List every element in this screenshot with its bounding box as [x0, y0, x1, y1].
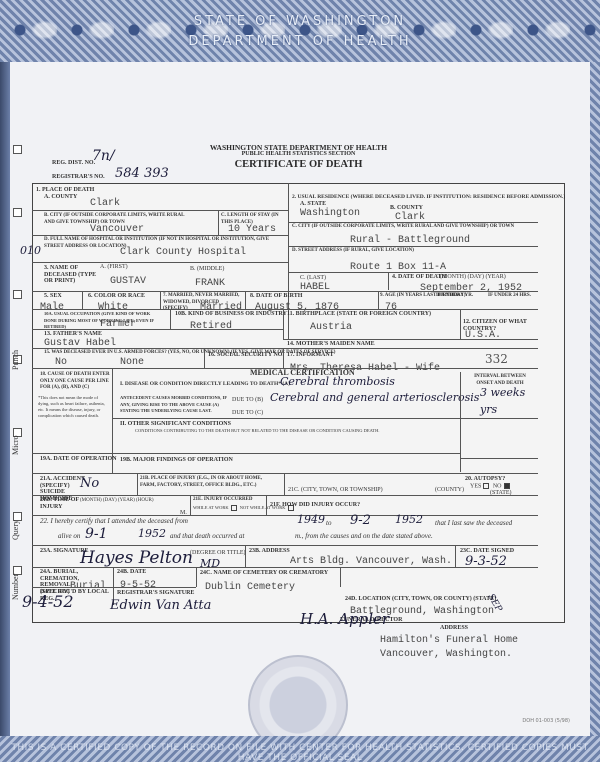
- while-at-work-label: While at work: [193, 505, 229, 510]
- other-conditions-sub: Conditions contributing to the death but…: [135, 428, 379, 435]
- injury-time-label: 21d. TIME OF INJURY: [40, 497, 80, 510]
- injury-occurred-label: 21e. INJURY OCCURRED: [193, 497, 253, 504]
- footer-text: THIS IS A CERTIFIED COPY OF THE RECORD O…: [0, 743, 600, 762]
- divider: [283, 348, 284, 368]
- while-at-work-checkbox[interactable]: [231, 505, 237, 511]
- to-label: to: [326, 520, 331, 527]
- query-label: Query: [11, 520, 20, 540]
- divider: [245, 291, 246, 309]
- divider: [460, 372, 461, 472]
- degree-label: (Degree or title): [190, 550, 246, 557]
- autopsy-yes-label: Yes: [470, 483, 481, 489]
- operation-date-label: 19a. DATE OF OPERATION: [40, 456, 117, 463]
- divider: [82, 291, 83, 309]
- cemetery-label: 24c. NAME OF CEMETERY OR CREMATORY: [200, 570, 328, 577]
- funeral-home-city: Vancouver, Washington.: [380, 649, 512, 660]
- occupation-label: 10a. USUAL OCCUPATION (Give kind of work…: [44, 311, 154, 331]
- certify-line-2-mid: and that death occurred at: [170, 533, 244, 540]
- divider: [455, 545, 456, 567]
- divider: [288, 272, 538, 273]
- physician-signature: Hayes Pelton: [80, 548, 193, 568]
- header-border: STATE OF WASHINGTON DEPARTMENT OF HEALTH: [0, 0, 600, 62]
- informant-note: 332: [485, 352, 508, 366]
- certify-line-1: 22. I hereby certify that I attended the…: [40, 518, 188, 525]
- divider: [137, 473, 138, 495]
- interval-b: yrs: [480, 403, 497, 416]
- cause-of-death-label: 18. CAUSE OF DEATH Enter only one cause …: [40, 372, 110, 392]
- ssn-label: 16. SOCIAL SECURITY NO.: [208, 352, 284, 359]
- city-label: c. CITY (If outside corporate limits, wr…: [292, 224, 514, 231]
- cause-a-label: I. DISEASE OR CONDITION DIRECTLY LEADING…: [120, 381, 290, 388]
- number-label: Number: [11, 574, 20, 600]
- autopsy-no-checkbox[interactable]: [504, 483, 510, 489]
- burial-date-label: 24b. DATE: [117, 569, 146, 576]
- attended-to-date: 9-2: [350, 513, 371, 528]
- county-label: a. COUNTY: [44, 194, 77, 201]
- cause-b: Cerebral and general arteriosclerosis: [270, 391, 479, 404]
- form-number: DOH 01-003 (5/98): [522, 718, 570, 724]
- last-name-label: c. (Last): [300, 275, 326, 282]
- physician-address: Arts Bldg. Vancouver, Wash.: [290, 556, 452, 567]
- divider: [32, 348, 538, 349]
- header-line-2: DEPARTMENT OF HEALTH: [0, 34, 600, 49]
- divider: [32, 210, 288, 211]
- registrar-signature: Edwin Van Atta: [110, 598, 211, 613]
- race-label: 6. COLOR OR RACE: [88, 293, 145, 300]
- divider: [245, 545, 246, 567]
- divider: [112, 368, 113, 453]
- registrar-value: 584 393: [115, 166, 169, 181]
- accident-value: No: [80, 476, 99, 491]
- funeral-director-signature: H.A. Appler: [300, 610, 389, 628]
- alive-date: 9-1: [85, 526, 108, 542]
- divider: [112, 418, 538, 419]
- injury-how-label: 21f. HOW DID INJURY OCCUR?: [270, 502, 360, 509]
- divider: [388, 272, 389, 290]
- divider: [170, 309, 171, 329]
- divider: [32, 545, 538, 546]
- injury-city-label: 21c. (CITY, TOWN, OR TOWNSHIP): [288, 487, 383, 494]
- date-received: 9-4-52: [22, 592, 74, 611]
- due-c-label: Due to (c): [232, 410, 263, 417]
- father-label: 13. FATHER'S NAME: [44, 331, 102, 338]
- attended-from-year: 1949: [297, 513, 325, 526]
- informant-label: 17. INFORMANT: [287, 352, 334, 359]
- divider: [160, 291, 161, 309]
- right-border: [590, 62, 600, 736]
- certify-line-1-end: that I last saw the deceased: [435, 520, 512, 527]
- divider: [218, 210, 219, 235]
- hospital-name: Clark County Hospital: [120, 247, 246, 258]
- birthplace-label: 11. BIRTHPLACE (State or foreign country…: [287, 311, 431, 318]
- certify-line-2-end: m., from the causes and on the date stat…: [295, 533, 433, 540]
- interval-a: 3 weeks: [480, 386, 525, 399]
- birth-date-label: 8. DATE OF BIRTH: [250, 293, 302, 300]
- cemetery-name: Dublin Cemetery: [205, 582, 295, 593]
- birthplace: Austria: [310, 322, 352, 333]
- date-cols: (Month) (Day) (Year): [440, 274, 506, 281]
- reg-dist-value: 7n/: [92, 148, 115, 164]
- divider: [32, 235, 288, 236]
- autopsy-label: 20. AUTOPSY?: [465, 476, 505, 483]
- due-b-label: Due to (b): [232, 397, 263, 404]
- address-label: 23b. ADDRESS: [249, 548, 290, 555]
- antecedent-label: ANTECEDENT CAUSES Morbid conditions, if …: [120, 395, 230, 415]
- residence-city: Rural - Battleground: [350, 235, 470, 246]
- other-conditions-label: II. OTHER SIGNIFICANT CONDITIONS: [120, 421, 231, 428]
- divider: [288, 222, 538, 223]
- armed-forces-value: No: [55, 357, 67, 368]
- service-dates: None: [120, 357, 144, 368]
- punch-label: Punch: [11, 350, 20, 370]
- divider: [288, 246, 538, 247]
- state-label: a. STATE: [300, 201, 326, 208]
- street-label: d. STREET ADDRESS (If rural, give locati…: [292, 248, 414, 255]
- alive-on-label: alive on: [58, 533, 80, 540]
- margin-checkbox[interactable]: [13, 208, 22, 217]
- divider: [204, 348, 205, 368]
- county-label: b. COUNTY: [390, 205, 423, 212]
- divider: [196, 567, 197, 587]
- divider: [32, 473, 538, 474]
- operation-findings-label: 19b. MAJOR FINDINGS OF OPERATION: [120, 457, 233, 464]
- divider: [283, 339, 538, 340]
- divider: [32, 515, 538, 516]
- sex-label: 5. SEX: [44, 293, 62, 300]
- divider: [112, 453, 113, 473]
- funeral-home: Hamilton's Funeral Home: [380, 635, 518, 646]
- registrar-label: REGISTRAR'S NO.: [52, 174, 105, 181]
- divider: [340, 567, 341, 587]
- injury-county-label: (COUNTY): [435, 487, 464, 494]
- divider: [32, 291, 538, 292]
- divider: [284, 473, 285, 495]
- divider: [266, 495, 267, 515]
- margin-checkbox[interactable]: [13, 145, 22, 154]
- mother-label: 14. MOTHER'S MAIDEN NAME: [287, 341, 375, 348]
- divider: [32, 309, 538, 310]
- under-1-yr-label: If Under 1 Yr.: [436, 293, 473, 300]
- divider: [460, 309, 461, 339]
- autopsy-options: Yes No: [470, 483, 512, 490]
- header-line-1: STATE OF WASHINGTON: [0, 14, 600, 29]
- business-label: 10b. KIND OF BUSINESS OR INDUSTRY: [175, 311, 287, 318]
- autopsy-yes-checkbox[interactable]: [483, 483, 489, 489]
- degree: MD: [200, 557, 220, 570]
- injury-place-label: 21b. PLACE OF INJURY (e.g., in or about …: [140, 476, 265, 489]
- funeral-address-label: ADDRESS: [440, 625, 468, 632]
- cause-a: Cerebral thrombosis: [280, 375, 395, 388]
- divider: [460, 458, 538, 459]
- length-of-stay: 10 Years: [228, 224, 276, 235]
- middle-name: FRANK: [195, 278, 225, 289]
- attended-to-year: 1952: [395, 513, 423, 526]
- margin-checkbox[interactable]: [13, 290, 22, 299]
- reg-dist-label: REG. DIST. NO.: [52, 160, 95, 167]
- residence-state: Washington: [300, 208, 360, 219]
- business: Retired: [190, 321, 232, 332]
- divider: [32, 495, 538, 496]
- autopsy-no-label: No: [493, 483, 502, 489]
- residence-label: 2. USUAL RESIDENCE (Where deceased lived…: [292, 194, 565, 201]
- first-name: GUSTAV: [110, 276, 146, 287]
- cause-note: *This does not mean the mode of dying, s…: [38, 395, 110, 419]
- name-label: 3. NAME OF DECEASED (Type or print): [44, 265, 104, 285]
- divider: [32, 567, 538, 568]
- margin-note: 010: [20, 244, 41, 257]
- divider: [32, 587, 196, 588]
- divider: [190, 495, 191, 515]
- micro-label: Micro: [11, 435, 20, 455]
- location-label: 24d. LOCATION (City, town, or county) (S…: [345, 596, 496, 603]
- first-name-label: a. (First): [100, 264, 128, 271]
- death-city: Vancouver: [90, 224, 144, 235]
- registrar-signature-label: REGISTRAR'S SIGNATURE: [117, 590, 194, 597]
- death-county: Clark: [90, 198, 120, 209]
- divider: [32, 453, 460, 454]
- left-border: [0, 62, 10, 736]
- injury-time-cols: (Month) (Day) (Year) (Hour): [80, 498, 154, 505]
- divider: [283, 309, 284, 339]
- date-of-death-label: 4. DATE OF DEATH: [392, 274, 446, 281]
- footer-border: THIS IS A CERTIFIED COPY OF THE RECORD O…: [0, 736, 600, 762]
- divider: [32, 329, 283, 330]
- divider: [32, 262, 288, 263]
- divider: [378, 291, 379, 309]
- alive-year: 1952: [138, 527, 166, 540]
- place-of-death-label: 1. PLACE OF DEATH: [36, 187, 94, 194]
- under-24-hrs-label: If Under 24 Hrs.: [488, 293, 531, 300]
- middle-name-label: b. (Middle): [190, 266, 224, 273]
